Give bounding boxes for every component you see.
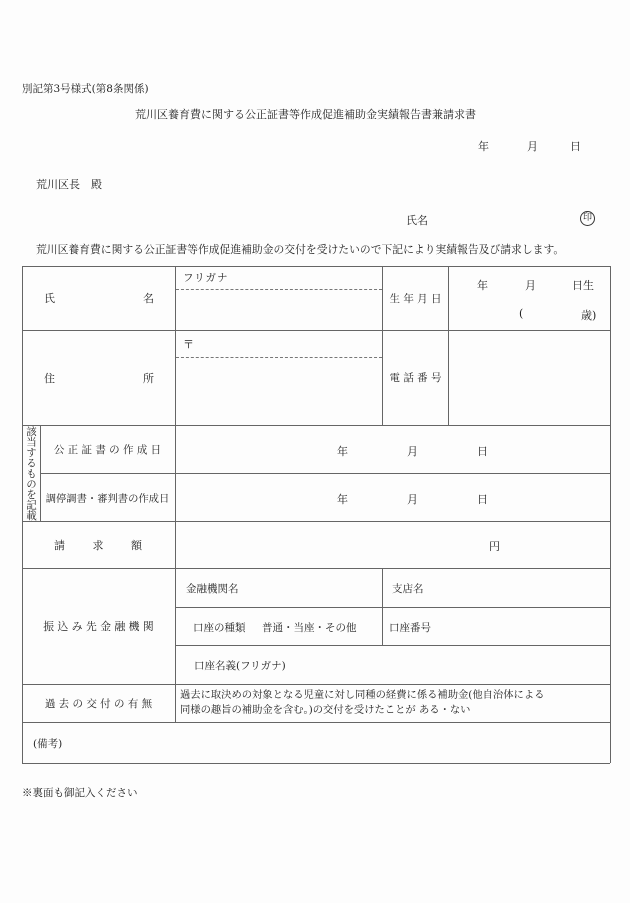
birth-day-label: 日生 xyxy=(572,277,594,293)
furigana-input[interactable] xyxy=(176,267,382,289)
name-label-char-2: 名 xyxy=(143,290,154,306)
applicant-name-label: 氏名 xyxy=(406,212,428,228)
name-label: 氏 名 xyxy=(44,266,154,330)
past-grant-text: 過去に取決めの対象となる児童に対し同種の経費に係る補助金(他自治体による 同様の… xyxy=(180,688,544,718)
form-number: 別記第3号様式(第8条関係) xyxy=(22,81,149,96)
claim-amount-input[interactable] xyxy=(176,522,476,567)
date-day-label: 日 xyxy=(570,138,581,154)
applicable-note-text: 該当するものを記載 xyxy=(25,426,37,521)
address-input[interactable] xyxy=(176,358,382,424)
claim-label-char-1: 請 xyxy=(54,537,65,553)
birth-year-label: 年 xyxy=(477,277,488,293)
postal-code-input[interactable] xyxy=(176,331,382,357)
notary-date-label: 公 正 証 書 の 作 成 日 xyxy=(40,425,175,473)
claim-label-char-2: 求 xyxy=(93,537,104,553)
birth-month-label: 月 xyxy=(525,277,536,293)
account-type-options[interactable]: 普通・当座・その他 xyxy=(262,620,357,635)
birthdate-label: 生 年 月 日 xyxy=(383,266,448,330)
branch-label: 支店名 xyxy=(392,581,424,596)
date-year-label: 年 xyxy=(478,138,489,154)
intro-text: 荒川区養育費に関する公正証書等作成促進補助金の交付を受けたいので下記により実績報… xyxy=(36,242,564,257)
phone-label: 電 話 番 号 xyxy=(383,330,448,425)
form-title: 荒川区養育費に関する公正証書等作成促進補助金実績報告書兼請求書 xyxy=(135,106,476,122)
institution-input[interactable] xyxy=(242,569,381,606)
footer-note: ※裏面も御記入ください xyxy=(22,785,138,800)
applicable-note: 該当するものを記載 xyxy=(22,425,40,521)
phone-input[interactable] xyxy=(449,331,609,424)
address-label: 住 所 xyxy=(44,330,154,425)
notary-year-label: 年 xyxy=(337,443,348,459)
bank-label: 振 込 み 先 金 融 機 関 xyxy=(22,568,175,684)
account-type-label: 口座の種類 xyxy=(193,620,246,635)
past-grant-options[interactable]: ある・ない xyxy=(419,704,470,716)
remarks-label: (備考) xyxy=(33,736,62,751)
mediation-year-label: 年 xyxy=(337,491,348,507)
age-open-label: ( xyxy=(519,307,523,320)
account-holder-label: 口座名義(フリガナ) xyxy=(194,658,286,673)
yen-unit: 円 xyxy=(489,538,500,554)
notary-month-label: 月 xyxy=(407,443,418,459)
name-label-char-1: 氏 xyxy=(44,290,55,306)
institution-label: 金融機関名 xyxy=(186,581,239,596)
age-close-label: 歳) xyxy=(581,307,596,323)
past-grant-text-line1: 過去に取決めの対象となる児童に対し同種の経費に係る補助金(他自治体による xyxy=(180,688,544,703)
notary-day-label: 日 xyxy=(477,443,488,459)
address-label-char-1: 住 xyxy=(44,370,55,386)
addressee: 荒川区長 殿 xyxy=(36,176,102,192)
address-label-char-2: 所 xyxy=(143,370,154,386)
remarks-input[interactable] xyxy=(80,723,609,762)
mediation-date-label: 調停調書・審判書の作成日 xyxy=(40,473,175,521)
seal-icon: 印 xyxy=(580,211,595,226)
claim-label-char-3: 額 xyxy=(131,537,142,553)
mediation-day-label: 日 xyxy=(477,491,488,507)
branch-input[interactable] xyxy=(432,569,609,606)
past-grant-label: 過 去 の 交 付 の 有 無 xyxy=(22,684,175,722)
account-number-label: 口座番号 xyxy=(389,620,431,635)
date-month-label: 月 xyxy=(527,138,538,154)
claim-label: 請 求 額 xyxy=(54,521,142,568)
past-grant-text-line2: 同様の趣旨の補助金を含む。)の交付を受けたことが xyxy=(180,704,416,716)
name-input[interactable] xyxy=(176,290,382,330)
account-holder-input[interactable] xyxy=(310,646,609,683)
account-number-input[interactable] xyxy=(440,608,609,644)
mediation-month-label: 月 xyxy=(407,491,418,507)
